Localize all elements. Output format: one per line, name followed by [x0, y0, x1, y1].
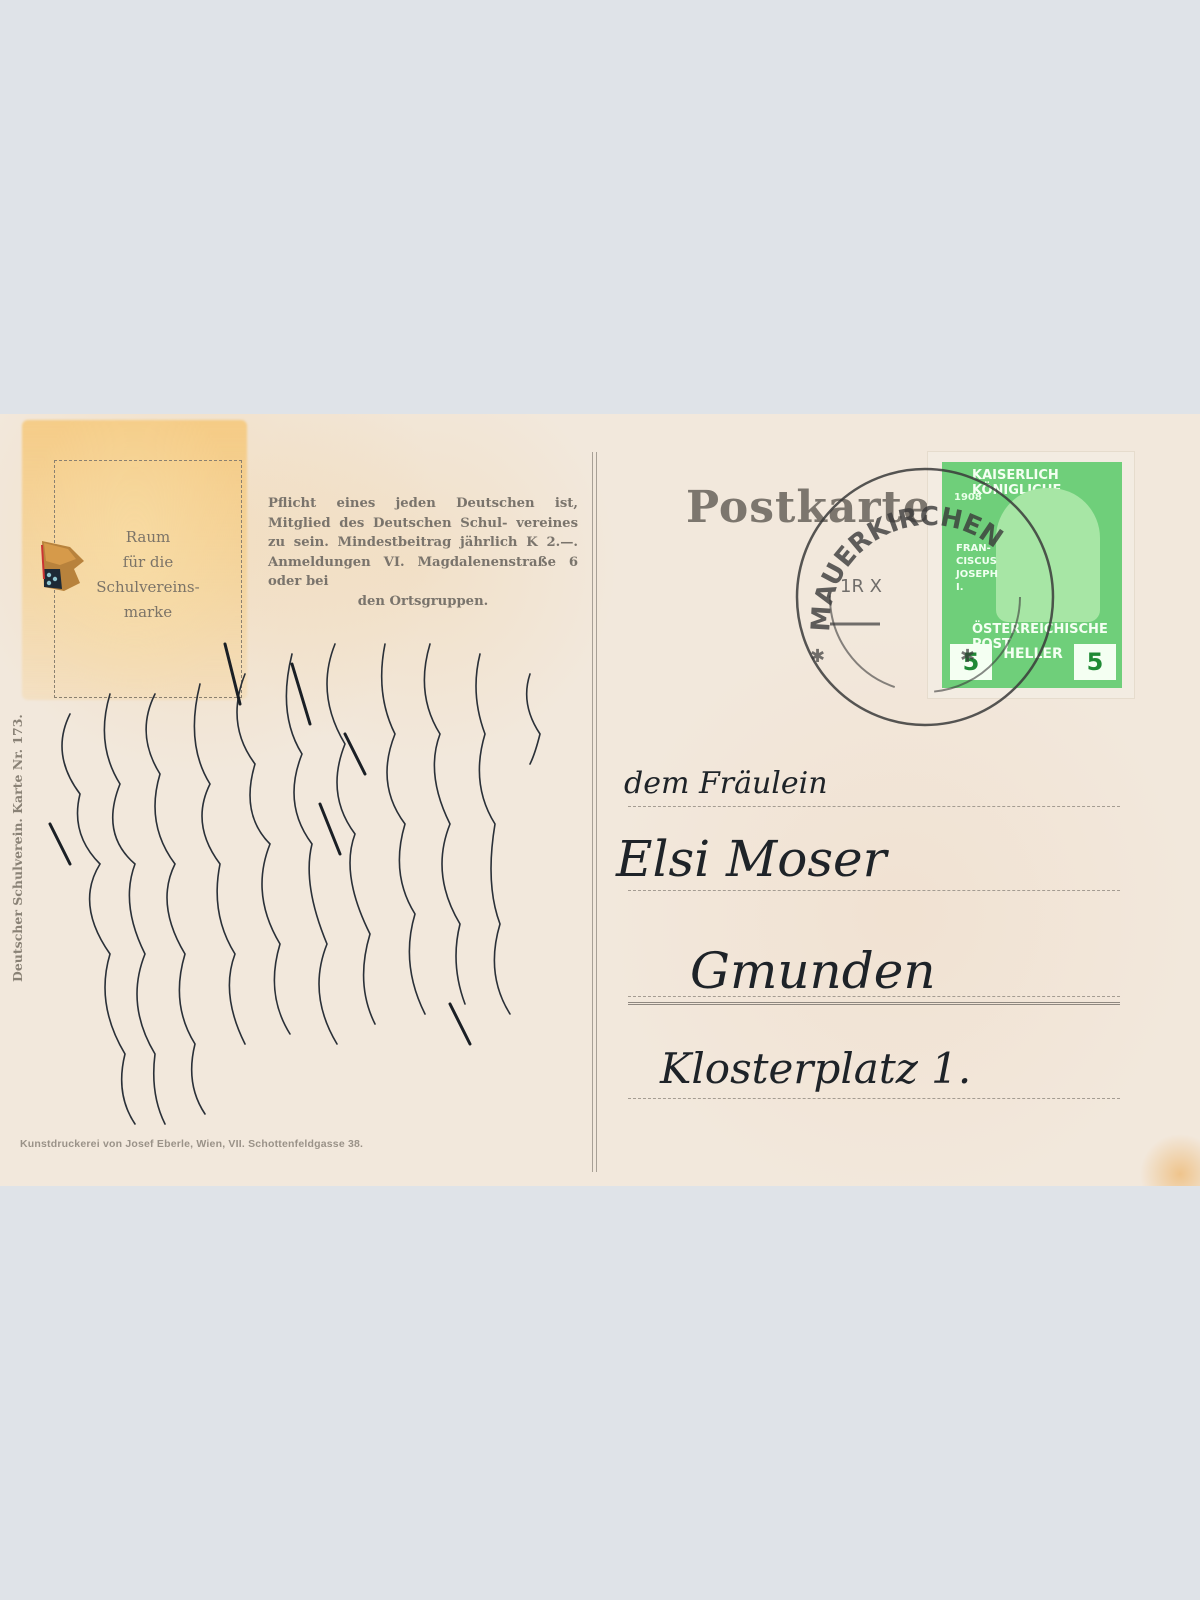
address-line-4: Klosterplatz 1. [660, 1044, 971, 1093]
address-line-3: Gmunden [690, 942, 936, 1000]
publisher-notice: Pflicht eines jeden Deutschen ist, Mitgl… [268, 494, 578, 611]
address-line-2: Elsi Moser [616, 830, 886, 888]
postcard: Raum für die Schulvereins- marke Pflicht… [0, 414, 1200, 1186]
address-line-3-solid-rule [628, 1002, 1120, 1005]
handwritten-message [30, 624, 590, 1144]
stamp-value-right: 5 [1074, 644, 1116, 680]
torn-stamp-remnant-icon [40, 539, 86, 595]
center-divider [592, 452, 597, 1172]
address-line-2-rule [628, 890, 1120, 891]
postmark-place: MAUERKIRCHEN [806, 502, 1008, 632]
address-line-4-rule [628, 1098, 1120, 1099]
postmark-date: 1R X [840, 576, 882, 597]
svg-text:MAUERKIRCHEN: MAUERKIRCHEN [806, 502, 1008, 632]
svg-text:✱: ✱ [810, 646, 825, 667]
address-line-1: dem Fräulein [624, 766, 828, 801]
printer-imprint: Kunstdruckerei von Josef Eberle, Wien, V… [20, 1138, 363, 1150]
postmark-cancellation: MAUERKIRCHEN 1R X ✱ ✱ [790, 462, 1060, 732]
address-line-1-rule [628, 806, 1120, 807]
side-imprint: Deutscher Schulverein. Karte Nr. 173. [10, 714, 25, 982]
svg-text:✱: ✱ [960, 646, 975, 667]
